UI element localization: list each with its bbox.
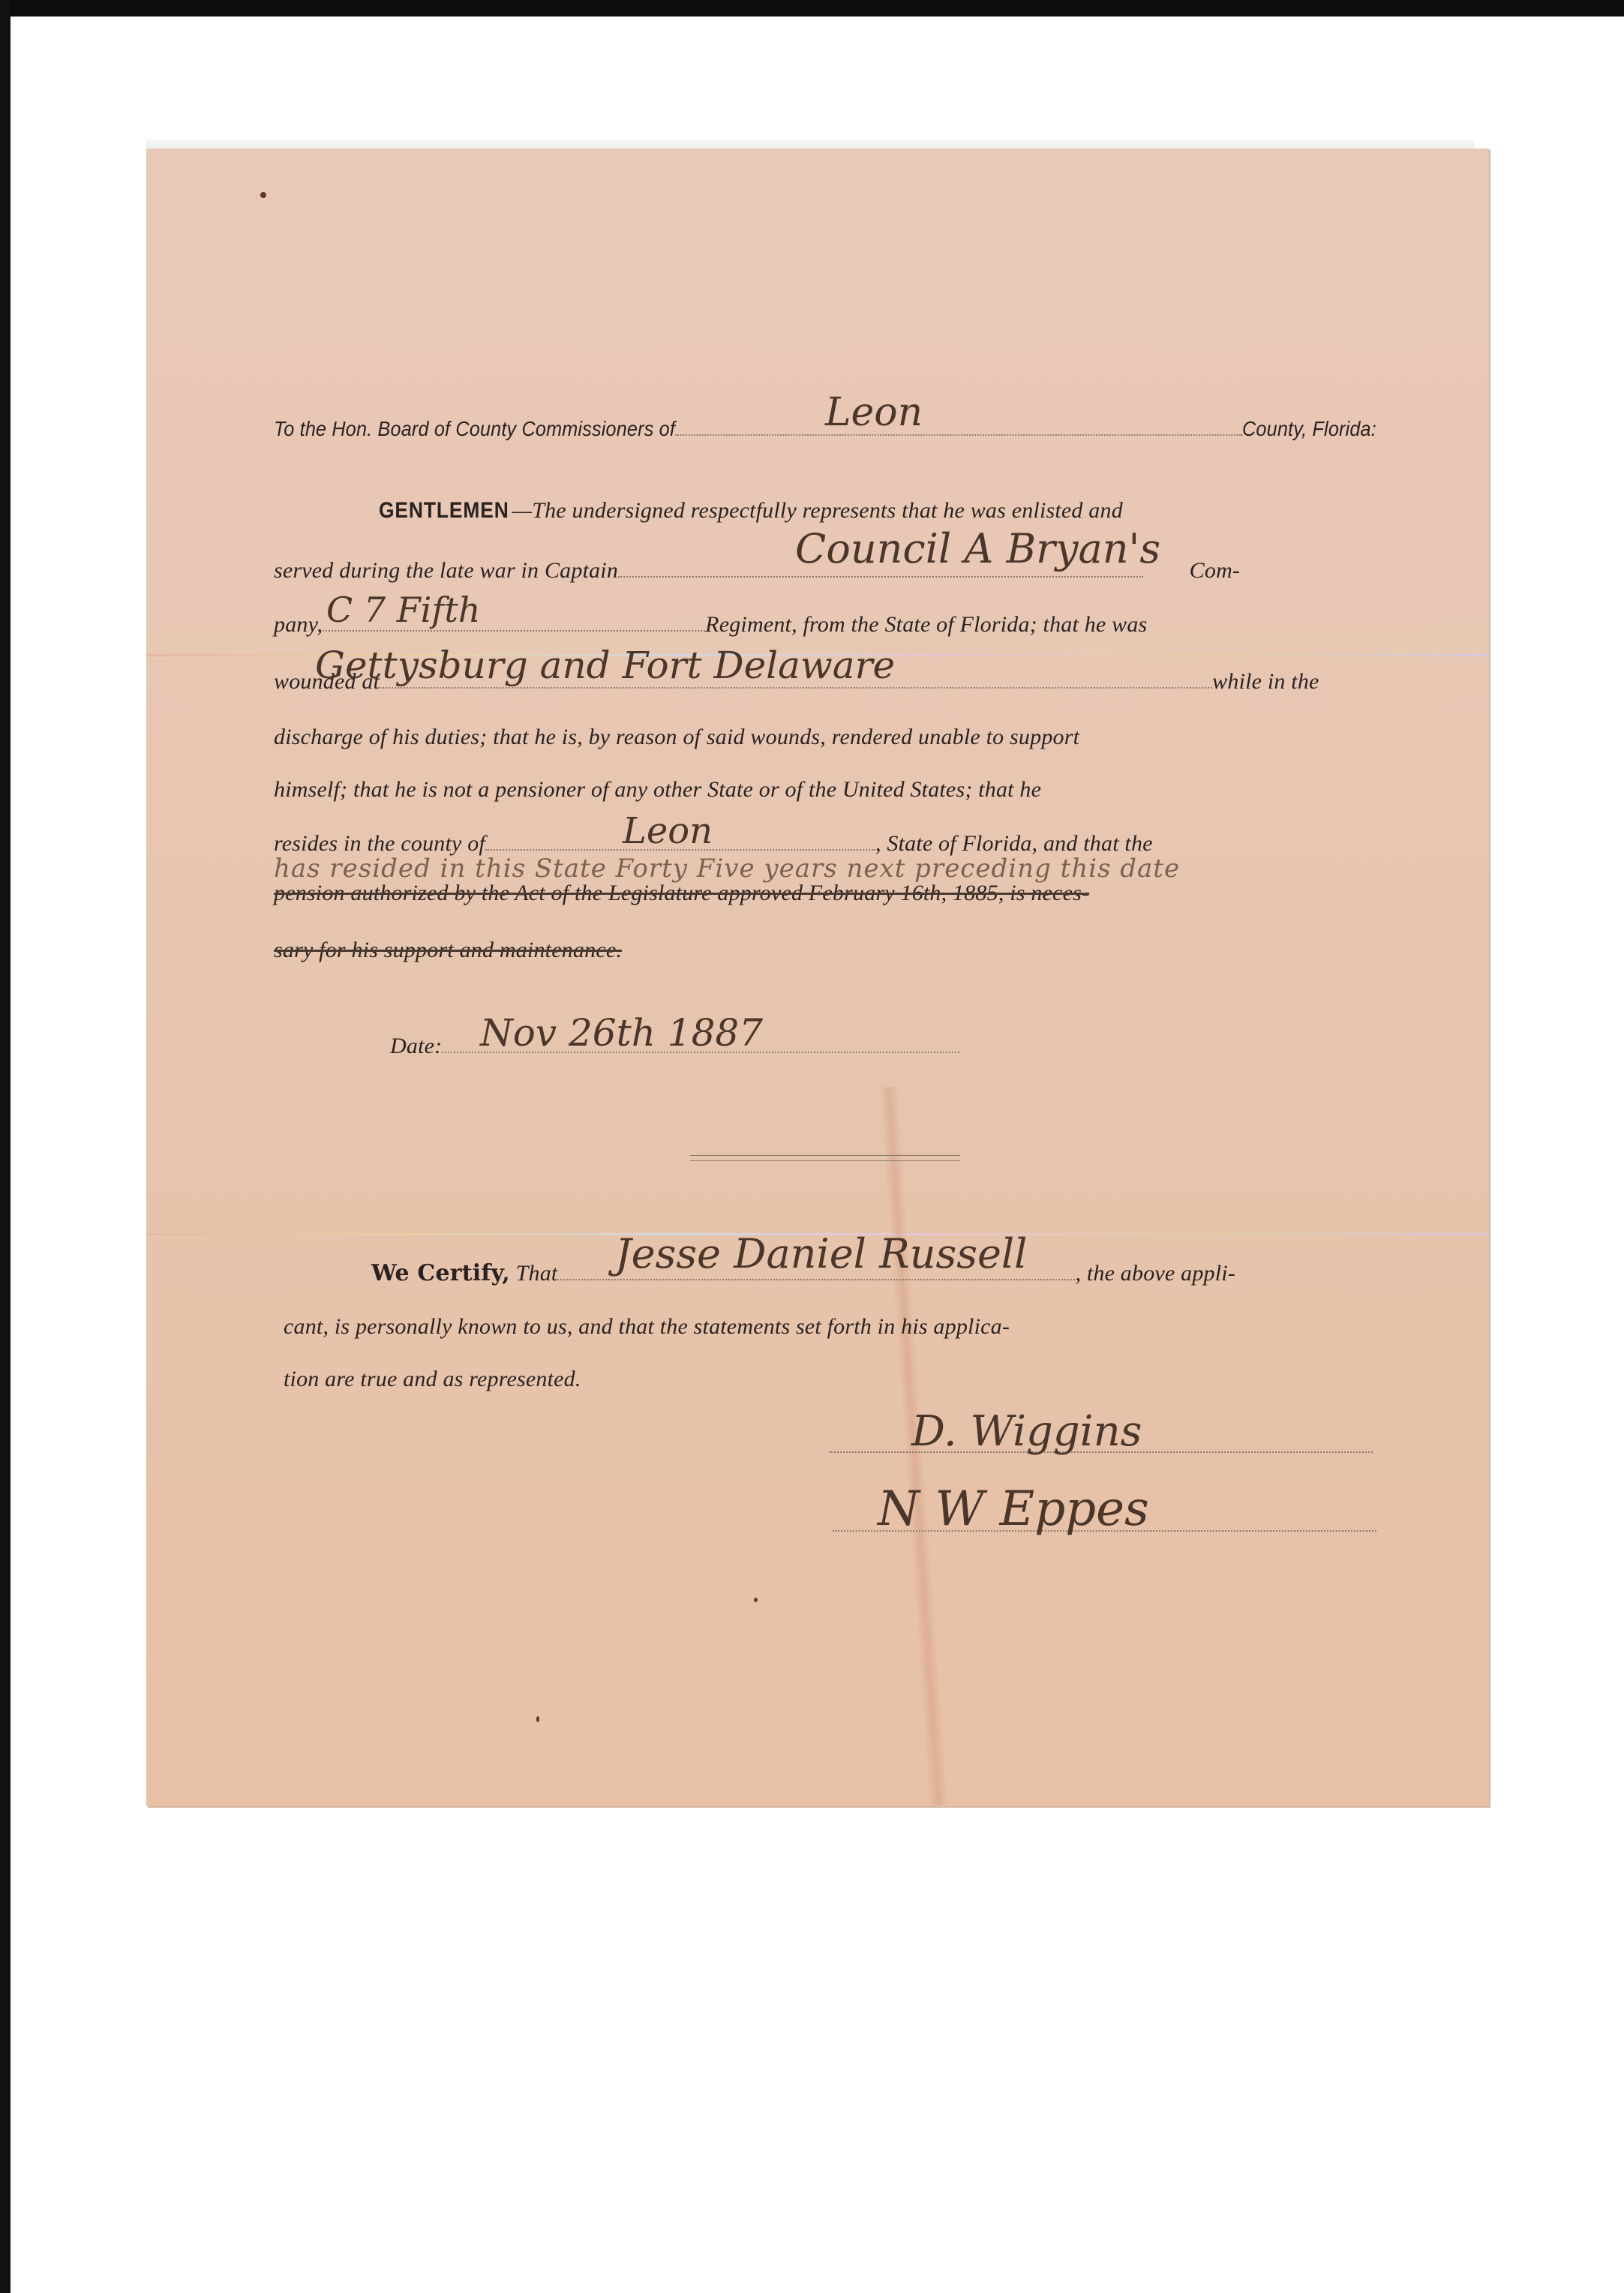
section-divider (690, 1155, 960, 1161)
signature-1: D. Wiggins (911, 1407, 1142, 1456)
signature-2: N W Eppes (878, 1481, 1149, 1537)
body-line-7: resides in the county of, State of Flori… (274, 831, 1153, 857)
date-handwritten: Nov 26th 1887 (480, 1011, 763, 1055)
county-field-line (675, 431, 1242, 436)
captain-handwritten: Council A Bryan's (795, 525, 1160, 572)
date-label: Date: (390, 1034, 442, 1058)
salutation: GENTLEMEN (379, 498, 509, 524)
scanner-left-edge (0, 0, 11, 2293)
scanner-top-edge (0, 0, 1624, 17)
body-line-5: discharge of his duties; that he is, by … (274, 725, 1079, 750)
body-line-1: GENTLEMEN—The undersigned respectfully r… (379, 498, 1123, 524)
body-line-6: himself; that he is not a pensioner of a… (274, 777, 1041, 803)
county-handwritten: Leon (825, 390, 923, 435)
header-suffix: County, Florida: (1242, 417, 1376, 440)
applicant-handwritten: Jesse Daniel Russell (615, 1230, 1027, 1277)
struck-line-1: pension authorized by the Act of the Leg… (274, 881, 1089, 906)
document-paper (146, 149, 1489, 1806)
company-handwritten: C 7 Fifth (326, 590, 480, 630)
ink-speck (260, 192, 266, 198)
residency-handwritten-insert: has resided in this State Forty Five yea… (274, 854, 1180, 884)
cert-line-2: cant, is personally known to us, and tha… (284, 1314, 1010, 1340)
cert-line-3: tion are true and as represented. (284, 1367, 581, 1392)
struck-line-2: sary for his support and maintenance. (274, 938, 622, 963)
ink-speck (754, 1598, 758, 1602)
ink-speck (536, 1716, 539, 1722)
header-prefix: To the Hon. Board of County Commissioner… (274, 417, 675, 440)
residence-county-handwritten: Leon (623, 810, 713, 852)
captain-field-line (618, 573, 1143, 578)
wounded-at-handwritten: Gettysburg and Fort Delaware (315, 644, 895, 687)
cert-lead: We Certify, (371, 1260, 510, 1286)
